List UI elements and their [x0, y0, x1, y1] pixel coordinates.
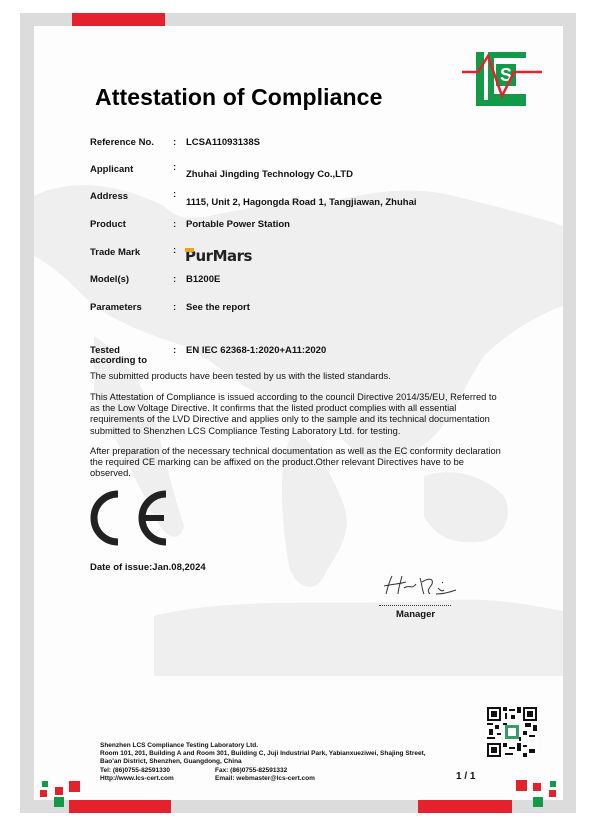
red-accent-bar-top: [72, 13, 165, 26]
field-value-models: B1200E: [186, 274, 220, 285]
red-accent-bar-bottom-right: [418, 800, 512, 813]
ce-mark-icon: [90, 490, 168, 546]
decor-square: [69, 781, 80, 792]
lcs-logo-icon: S: [462, 46, 542, 110]
field-value-reference: LCSA11093138S: [186, 137, 260, 148]
field-value-product: Portable Power Station: [186, 219, 290, 230]
footer-address-line1: Room 101, 201, Building A and Room 301, …: [100, 750, 426, 758]
decor-square: [54, 797, 64, 807]
decor-square: [42, 781, 48, 787]
footer-address-block: Shenzhen LCS Compliance Testing Laborato…: [100, 742, 426, 783]
field-label-reference: Reference No.: [90, 137, 154, 148]
svg-text:PurMars: PurMars: [185, 247, 253, 264]
field-colon: :: [173, 345, 176, 356]
footer-fax: Fax: (86)0755-82591332: [215, 767, 287, 775]
field-label-models: Model(s): [90, 274, 129, 285]
field-colon: :: [173, 245, 176, 256]
field-value-address: 1115, Unit 2, Hagongda Road 1, Tangjiawa…: [186, 197, 417, 208]
footer-website-link[interactable]: Http://www.lcs-cert.com: [100, 775, 174, 782]
decor-square: [533, 783, 541, 791]
field-label-address: Address: [90, 191, 128, 202]
field-value-parameters: See the report: [186, 302, 250, 313]
footer-tel: Tel: (86)0755-82591330: [100, 767, 170, 774]
field-colon: :: [173, 274, 176, 285]
footer-email-link[interactable]: Email: webmaster@lcs-cert.com: [215, 775, 315, 783]
field-label-product: Product: [90, 219, 126, 230]
signature-icon: [378, 572, 458, 598]
decor-square: [550, 781, 556, 787]
footer-company: Shenzhen LCS Compliance Testing Laborato…: [100, 742, 426, 750]
page-number: 1 / 1: [456, 771, 475, 782]
field-colon: :: [173, 137, 176, 148]
paragraph-ce-marking: After preparation of the necessary techn…: [90, 446, 502, 480]
red-accent-bar-bottom-left: [69, 800, 171, 813]
signature-line: [379, 605, 451, 606]
field-value-applicant: Zhuhai Jingding Technology Co.,LTD: [186, 169, 353, 180]
signatory-role: Manager: [396, 609, 435, 620]
field-colon: :: [173, 189, 176, 200]
paragraph-directive: This Attestation of Compliance is issued…: [90, 392, 502, 437]
field-colon: :: [173, 302, 176, 313]
purmars-trademark-logo-icon: PurMars: [185, 246, 257, 264]
field-label-applicant: Applicant: [90, 164, 133, 175]
field-value-standard: EN IEC 62368-1:2020+A11:2020: [186, 345, 326, 356]
issue-date: Date of issue:Jan.08,2024: [90, 562, 206, 573]
decor-square: [55, 787, 63, 795]
field-label-tested-line2: according to: [90, 355, 147, 366]
decor-square: [40, 790, 47, 797]
field-colon: :: [173, 219, 176, 230]
qr-code-icon: [487, 707, 537, 757]
page-title: Attestation of Compliance: [95, 84, 382, 111]
decor-square: [549, 790, 556, 797]
paragraph-tested-statement: The submitted products have been tested …: [90, 371, 502, 382]
footer-address-line2: Bao'an District, Shenzhen, Guangdong, Ch…: [100, 758, 426, 766]
field-colon: :: [173, 162, 176, 173]
decor-square: [516, 780, 527, 791]
decor-square: [533, 797, 543, 807]
field-label-trademark: Trade Mark: [90, 247, 140, 258]
field-label-parameters: Parameters: [90, 302, 142, 313]
